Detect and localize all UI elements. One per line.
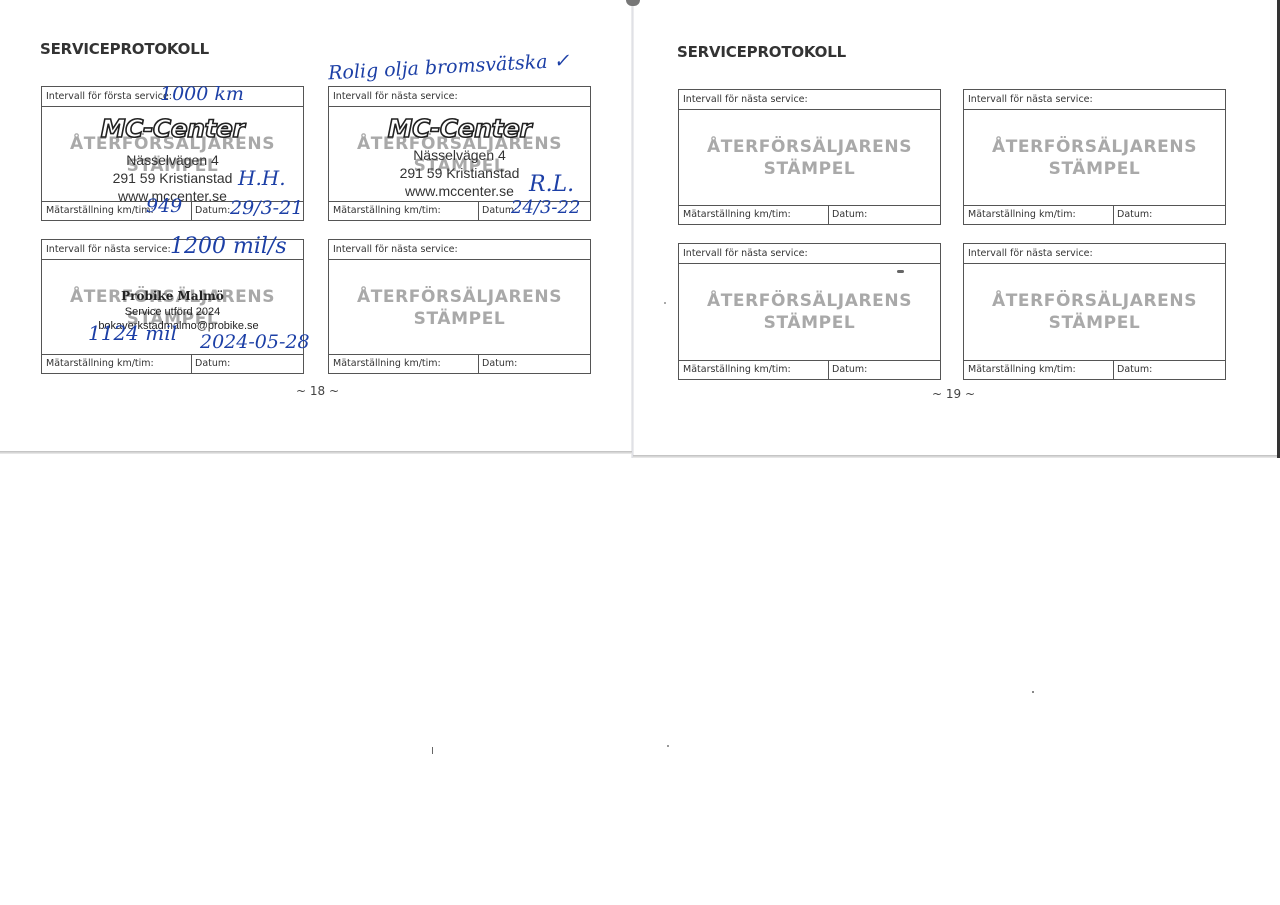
- scan-speck: [664, 302, 666, 304]
- interval-label: Intervall för nästa service:: [968, 94, 1093, 105]
- ink-speck: [897, 270, 904, 273]
- interval-value: 1000 km: [160, 83, 244, 105]
- date-label: Datum:: [832, 364, 867, 375]
- odometer-label: Mätarställning km/tim:: [683, 364, 791, 375]
- stamp-address: Nässelvägen 4: [329, 147, 590, 163]
- odometer-label: Mätarställning km/tim:: [683, 209, 791, 220]
- date-value: 24/3-22: [511, 197, 580, 218]
- dealer-stamp-placeholder: ÅTERFÖRSÄLJARENS STÄMPEL: [964, 136, 1225, 180]
- date-label: Datum:: [1117, 209, 1152, 220]
- page-edge-shadow: [633, 455, 1280, 458]
- interval-label: Intervall för första service:: [46, 91, 172, 102]
- interval-label: Intervall för nästa service:: [46, 244, 171, 255]
- page-heading-left: SERVICEPROTOKOLL: [40, 40, 209, 58]
- date-value: 29/3-21: [230, 197, 303, 219]
- probike-stamp-name: Probike Malmö: [42, 289, 303, 303]
- handwritten-odometer: 1124 mil: [88, 321, 177, 345]
- date-label: Datum:: [482, 358, 517, 369]
- odometer-label: Mätarställning km/tim:: [968, 209, 1076, 220]
- scan-speck: [667, 745, 669, 747]
- odometer-label: Mätarställning km/tim:: [333, 358, 441, 369]
- page-number-right: ~ 19 ~: [932, 387, 975, 401]
- service-card-3: Intervall för nästa service: 1200 mil/s …: [41, 239, 304, 374]
- dealer-stamp-placeholder: ÅTERFÖRSÄLJARENS STÄMPEL: [329, 286, 590, 330]
- interval-label: Intervall för nästa service:: [333, 244, 458, 255]
- interval-label: Intervall för nästa service:: [333, 91, 458, 102]
- odometer-label: Mätarställning km/tim:: [46, 358, 154, 369]
- scan-speck: [432, 747, 433, 754]
- signature: H.H.: [238, 166, 286, 190]
- date-label: Datum:: [195, 358, 230, 369]
- probike-stamp-line: Service utförd 2024: [42, 306, 303, 318]
- service-card-8: Intervall för nästa service: ÅTERFÖRSÄLJ…: [963, 243, 1226, 380]
- page-number-left: ~ 18 ~: [296, 384, 339, 398]
- service-card-5: Intervall för nästa service: ÅTERFÖRSÄLJ…: [678, 89, 941, 225]
- interval-label: Intervall för nästa service:: [968, 248, 1093, 259]
- book-spine: [631, 0, 634, 458]
- odometer-value: 949: [146, 195, 182, 217]
- service-card-2: Intervall för nästa service: ÅTERFÖRSÄLJ…: [328, 86, 591, 221]
- odometer-label: Mätarställning km/tim:: [46, 205, 154, 216]
- odometer-label: Mätarställning km/tim:: [968, 364, 1076, 375]
- dealer-stamp-placeholder: ÅTERFÖRSÄLJARENS STÄMPEL: [679, 290, 940, 334]
- dealer-stamp-placeholder: ÅTERFÖRSÄLJARENS STÄMPEL: [964, 290, 1225, 334]
- interval-value: 1200 mil/s: [170, 234, 287, 259]
- handwritten-date: 2024-05-28: [200, 331, 310, 353]
- signature: R.L.: [529, 172, 574, 197]
- service-card-6: Intervall för nästa service: ÅTERFÖRSÄLJ…: [963, 89, 1226, 225]
- date-label: Datum:: [195, 205, 230, 216]
- mc-center-logo: MC-Center: [329, 114, 590, 143]
- date-label: Datum:: [1117, 364, 1152, 375]
- service-card-4: Intervall för nästa service: ÅTERFÖRSÄLJ…: [328, 239, 591, 374]
- interval-label: Intervall för nästa service:: [683, 94, 808, 105]
- date-label: Datum:: [832, 209, 867, 220]
- service-card-7: Intervall för nästa service: ÅTERFÖRSÄLJ…: [678, 243, 941, 380]
- odometer-label: Mätarställning km/tim:: [333, 205, 441, 216]
- page-edge-shadow: [0, 451, 632, 454]
- service-card-1: Intervall för första service: 1000 km ÅT…: [41, 86, 304, 221]
- mc-center-logo: MC-Center: [42, 114, 303, 143]
- interval-label: Intervall för nästa service:: [683, 248, 808, 259]
- scan-speck: [1032, 691, 1034, 693]
- dealer-stamp-placeholder: ÅTERFÖRSÄLJARENS STÄMPEL: [679, 136, 940, 180]
- page-heading-right: SERVICEPROTOKOLL: [677, 43, 846, 61]
